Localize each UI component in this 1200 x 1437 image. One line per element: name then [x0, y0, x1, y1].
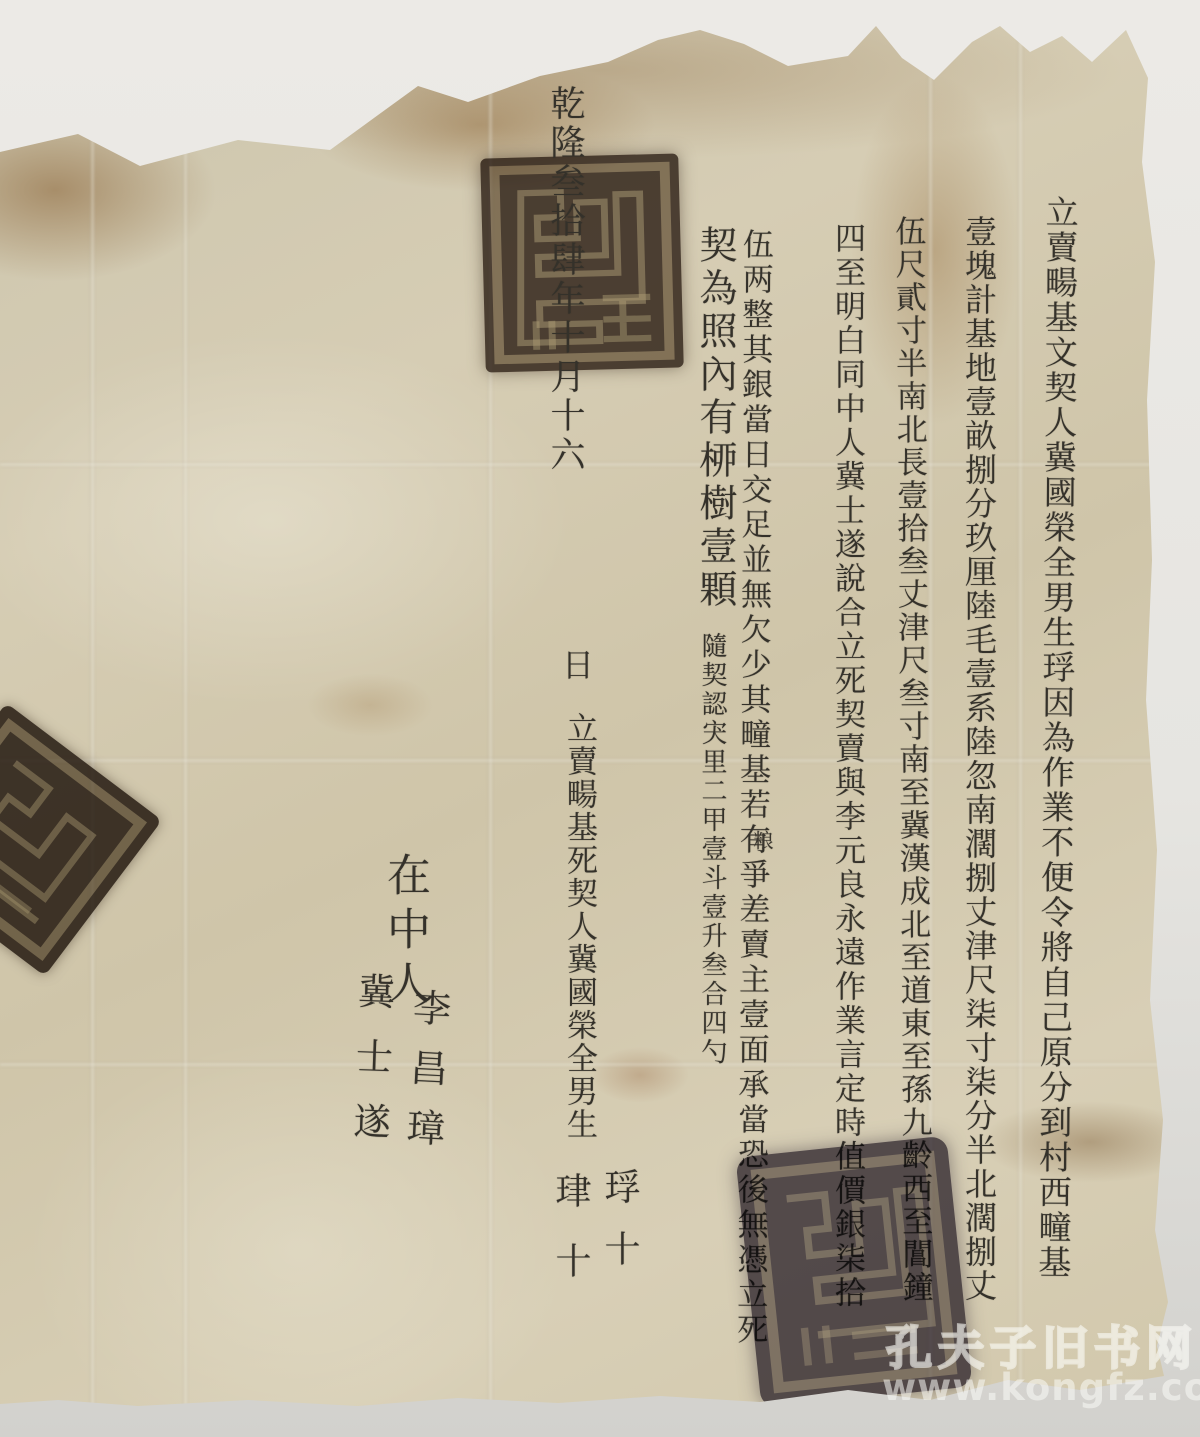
seal-script-pattern [0, 703, 162, 976]
crease-line [1018, 0, 1023, 1437]
witness-name-2: 冀士遂 [349, 971, 393, 1167]
seller-signature-column: 立賣畼基死契人冀國榮全男生 [563, 712, 594, 1141]
seller-name-right: 琈十 [601, 1168, 637, 1292]
day-character: 日 [560, 648, 592, 680]
date-column: 乾隆叁拾肆年十月十六 [547, 85, 582, 475]
photo-background: 立賣畼基文契人冀國榮全男生琈因為作業不便令將自己原分到村西疃基 壹塊計基地壹畝捌… [0, 0, 1200, 1437]
crease-line [0, 1062, 1200, 1067]
deed-text-column: 壹塊計基地壹畝捌分玖厘陸毛壹系陸忽南濶捌丈津尺柒寸柒分半北濶捌丈 [963, 215, 995, 1303]
crease-line [0, 462, 1200, 467]
deed-text-column: 契為照內有桺樹壹顆 [696, 225, 734, 612]
kongfz-watermark-url: www.kongfz.com [882, 1366, 1200, 1409]
crease-line [0, 758, 1200, 763]
crease-line [90, 0, 95, 1437]
grain-interlinear-char: 粮 [752, 830, 772, 850]
crease-line [183, 0, 188, 1437]
grain-note-column: 隨契認宊里二甲壹斗壹升叁合四勺 [699, 632, 725, 1067]
deed-paper: 立賣畼基文契人冀國榮全男生琈因為作業不便令將自己原分到村西疃基 壹塊計基地壹畝捌… [0, 0, 1200, 1437]
deed-text-column: 立賣畼基文契人冀國榮全男生琈因為作業不便令將自己原分到村西疃基 [1036, 195, 1077, 1280]
partial-seal-left [0, 703, 162, 976]
seller-name-left: 珒十 [552, 1172, 588, 1312]
witness-name-1: 李昌璋 [401, 987, 448, 1169]
